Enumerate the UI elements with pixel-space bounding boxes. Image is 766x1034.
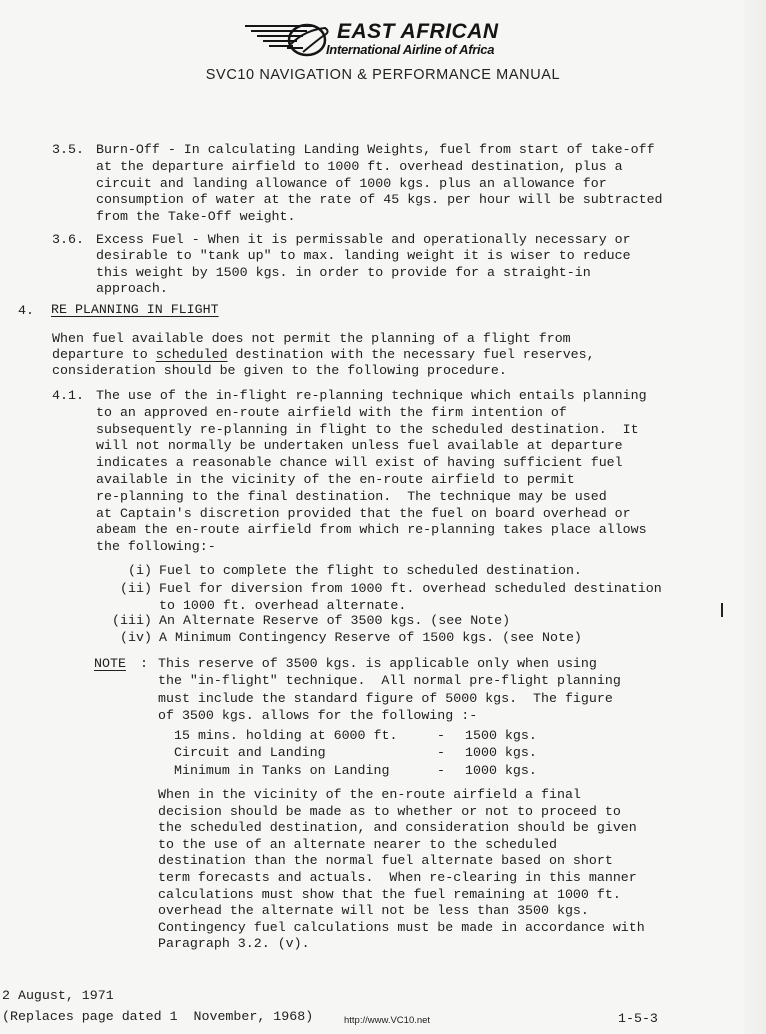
airline-name: EAST AFRICAN xyxy=(337,20,499,44)
breakdown-item: 15 mins. holding at 6000 ft. xyxy=(174,728,397,745)
revision-bar xyxy=(721,603,723,617)
airline-logo: EAST AFRICAN International Airline of Af… xyxy=(245,18,555,60)
replaces-note: (Replaces page dated 1 November, 1968) xyxy=(2,1009,313,1024)
paragraph-line: at Captain's discretion provided that th… xyxy=(96,506,631,523)
issue-date: 2 August, 1971 xyxy=(2,988,114,1003)
paragraph-line: The use of the in-flight re-planning tec… xyxy=(96,388,647,405)
paragraph-line: to an approved en-route airfield with th… xyxy=(96,405,567,422)
breakdown-dash: - xyxy=(437,728,445,745)
note-separator: : xyxy=(140,656,148,673)
manual-page: EAST AFRICAN International Airline of Af… xyxy=(0,0,766,1034)
paragraph-line: desirable to "tank up" to max. landing w… xyxy=(96,248,631,265)
breakdown-amount: 1000 kgs. xyxy=(465,763,537,780)
breakdown-dash: - xyxy=(437,763,445,780)
section-number-3-5: 3.5. xyxy=(52,142,84,157)
section-4-intro-line: When fuel available does not permit the … xyxy=(52,331,571,348)
note-line: decision should be made as to whether or… xyxy=(158,804,621,821)
note-line: overhead the alternate will not be less … xyxy=(158,903,589,920)
note-line: term forecasts and actuals. When re-clea… xyxy=(158,870,637,887)
paragraph-line: circuit and landing allowance of 1000 kg… xyxy=(96,176,607,193)
paragraph-line: re-planning to the final destination. Th… xyxy=(96,489,607,506)
note-line: destination than the normal fuel alterna… xyxy=(158,853,613,870)
note-line: the scheduled destination, and considera… xyxy=(158,820,637,837)
paragraph-line: will not normally be undertaken unless f… xyxy=(96,438,623,455)
section-number-4: 4. xyxy=(18,303,34,318)
paragraph-line: abeam the en-route airfield from which r… xyxy=(96,522,647,539)
breakdown-dash: - xyxy=(437,745,445,762)
breakdown-amount: 1000 kgs. xyxy=(465,745,537,762)
paragraph-line: consumption of water at the rate of 45 k… xyxy=(96,192,663,209)
emphasis-scheduled: scheduled xyxy=(156,347,228,362)
page-number: 1-5-3 xyxy=(618,1011,658,1026)
section-4-heading: RE PLANNING IN FLIGHT xyxy=(51,302,219,319)
breakdown-item: Minimum in Tanks on Landing xyxy=(174,763,389,780)
note-line: This reserve of 3500 kgs. is applicable … xyxy=(158,656,597,673)
source-url[interactable]: http://www.VC10.net xyxy=(344,1015,430,1026)
intro-text: destination with the necessary fuel rese… xyxy=(228,347,595,362)
intro-text: departure to xyxy=(52,347,156,362)
paragraph-line: this weight by 1500 kgs. in order to pro… xyxy=(96,265,591,282)
section-4-intro-line: consideration should be given to the fol… xyxy=(52,363,507,380)
page-edge-shadow xyxy=(744,0,766,1034)
paragraph-line: Burn-Off - In calculating Landing Weight… xyxy=(96,142,655,159)
list-marker: (iv) xyxy=(120,630,152,647)
airline-tagline: International Airline of Africa xyxy=(326,42,494,57)
list-item-text: Fuel for diversion from 1000 ft. overhea… xyxy=(159,581,662,598)
note-line: When in the vicinity of the en-route air… xyxy=(158,787,581,804)
note-line: calculations must show that the fuel rem… xyxy=(158,887,621,904)
section-number-3-6: 3.6. xyxy=(52,232,84,247)
section-number-4-1: 4.1. xyxy=(52,388,84,403)
list-item-text: A Minimum Contingency Reserve of 1500 kg… xyxy=(159,630,582,647)
paragraph-line: Excess Fuel - When it is permissable and… xyxy=(96,232,631,249)
list-marker: (ii) xyxy=(120,581,152,598)
paragraph-line: indicates a reasonable chance will exist… xyxy=(96,455,623,472)
note-line: to the use of an alternate nearer to the… xyxy=(158,837,557,854)
paragraph-line: the following:- xyxy=(96,539,216,556)
breakdown-item: Circuit and Landing xyxy=(174,745,326,762)
section-4-intro-line: departure to scheduled destination with … xyxy=(52,347,595,364)
list-marker: (i) xyxy=(128,563,152,580)
breakdown-amount: 1500 kgs. xyxy=(465,728,537,745)
manual-title: SVC10 NAVIGATION & PERFORMANCE MANUAL xyxy=(0,67,766,83)
note-line: Contingency fuel calculations must be ma… xyxy=(158,920,645,937)
note-line: Paragraph 3.2. (v). xyxy=(158,936,310,953)
note-line: of 3500 kgs. allows for the following :- xyxy=(158,708,477,725)
list-item-text: to 1000 ft. overhead alternate. xyxy=(159,598,406,615)
paragraph-line: available in the vicinity of the en-rout… xyxy=(96,472,575,489)
note-line: must include the standard figure of 5000… xyxy=(158,691,613,708)
list-marker: (iii) xyxy=(112,613,152,630)
paragraph-line: at the departure airfield to 1000 ft. ov… xyxy=(96,159,623,176)
paragraph-line: from the Take-Off weight. xyxy=(96,209,296,226)
list-item-text: An Alternate Reserve of 3500 kgs. (see N… xyxy=(159,613,510,630)
list-item-text: Fuel to complete the flight to scheduled… xyxy=(159,563,582,580)
note-label: NOTE xyxy=(94,656,126,673)
paragraph-line: approach. xyxy=(96,281,168,298)
note-line: the "in-flight" technique. All normal pr… xyxy=(158,673,621,690)
paragraph-line: subsequently re-planning in flight to th… xyxy=(96,422,639,439)
